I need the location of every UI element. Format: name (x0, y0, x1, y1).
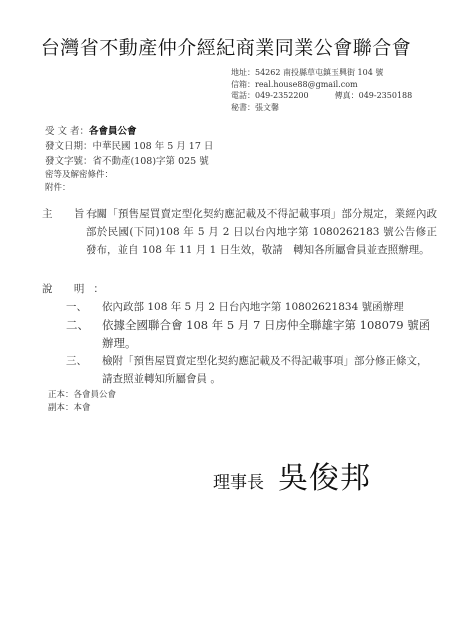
signer-name: 吳俊邦 (278, 461, 371, 496)
item-text: 依據全國聯合會 108 年 5 月 7 日房仲全聯雄字第 108079 號函辦理… (102, 318, 430, 350)
attachment-row: 附件： (45, 182, 213, 195)
contact-block: 地址：54262 南投縣草屯鎮玉興街 104 號 信箱：real.house88… (231, 67, 412, 113)
item-number: 二、 (66, 316, 89, 334)
attachment-label: 附件： (45, 183, 71, 193)
document-title: 台灣省不動產仲介經紀商業同業公會聯合會 (0, 33, 452, 60)
recipient-value: 各會員公會 (89, 126, 137, 137)
secretary-row: 秘書：張文馨 (231, 102, 412, 114)
doc-number-row: 發文字號：省不動產(108)字第 025 號 (45, 154, 213, 169)
recipient-label: 受 文 者： (45, 126, 89, 137)
address-label: 地址： (231, 68, 255, 77)
recipient-row: 受 文 者：各會員公會 (45, 124, 213, 139)
date-row: 發文日期：中華民國 108 年 5 月 17 日 (45, 139, 213, 154)
email-row: 信箱：real.house88@gmail.com (231, 79, 412, 91)
secretary-value: 張文馨 (255, 103, 279, 112)
secretary-label: 秘書： (231, 103, 255, 112)
explanation-section: 說 明： 一、 依內政部 108 年 5 月 2 日台內地字第 10802621… (42, 280, 437, 388)
copy-label: 副本： (48, 403, 74, 413)
address-value: 54262 南投縣草屯鎮玉興街 104 號 (255, 68, 383, 77)
subject-label: 主 旨： (42, 205, 113, 223)
phone-value: 049-2352200 (255, 91, 309, 100)
copies-block: 正本：各會員公會 副本：本會 (48, 389, 116, 415)
phone-row: 電話：049-2352200傳真：049-2350188 (231, 90, 412, 102)
item-text: 檢附「預售屋買賣定型化契約應記載及不得記載事項」部分修正條文，請查照並轉知所屬會… (102, 355, 428, 385)
email-label: 信箱： (231, 80, 255, 89)
copy-row: 副本：本會 (48, 402, 116, 415)
explanation-item: 三、 檢附「預售屋買賣定型化契約應記載及不得記載事項」部分修正條文，請查照並轉知… (42, 352, 437, 388)
doc-number-label: 發文字號： (45, 156, 93, 167)
copy-value: 本會 (74, 403, 91, 413)
item-number: 一、 (66, 298, 87, 316)
date-label: 發文日期： (45, 141, 93, 152)
original-row: 正本：各會員公會 (48, 389, 116, 402)
subject-section: 主 旨： 有關「預售屋買賣定型化契約應記載及不得記載事項」部分規定，業經內政部於… (42, 205, 437, 259)
item-number: 三、 (66, 352, 87, 370)
address-row: 地址：54262 南投縣草屯鎮玉興街 104 號 (231, 67, 412, 79)
phone-label: 電話： (231, 91, 255, 100)
email-value: real.house88@gmail.com (255, 80, 358, 89)
original-value: 各會員公會 (74, 390, 117, 400)
item-text: 依內政部 108 年 5 月 2 日台內地字第 10802621834 號函辦理 (102, 301, 404, 313)
explanation-item: 二、 依據全國聯合會 108 年 5 月 7 日房仲全聯雄字第 108079 號… (42, 316, 437, 352)
date-value: 中華民國 108 年 5 月 17 日 (93, 141, 214, 152)
explanation-label: 說 明： (42, 280, 437, 298)
original-label: 正本： (48, 390, 74, 400)
fax-value: 049-2350188 (359, 91, 413, 100)
signature-block: 理事長吳俊邦 (213, 453, 371, 497)
doc-number-value: 省不動產(108)字第 025 號 (93, 156, 209, 167)
subject-text: 有關「預售屋買賣定型化契約應記載及不得記載事項」部分規定，業經內政部於民國(下同… (86, 205, 437, 259)
signer-role: 理事長 (213, 473, 264, 493)
security-label: 密等及解密條件： (45, 170, 113, 180)
explanation-item: 一、 依內政部 108 年 5 月 2 日台內地字第 10802621834 號… (42, 298, 437, 316)
meta-block: 受 文 者：各會員公會 發文日期：中華民國 108 年 5 月 17 日 發文字… (45, 124, 213, 195)
security-row: 密等及解密條件： (45, 169, 213, 182)
fax-label: 傳真： (335, 91, 359, 100)
